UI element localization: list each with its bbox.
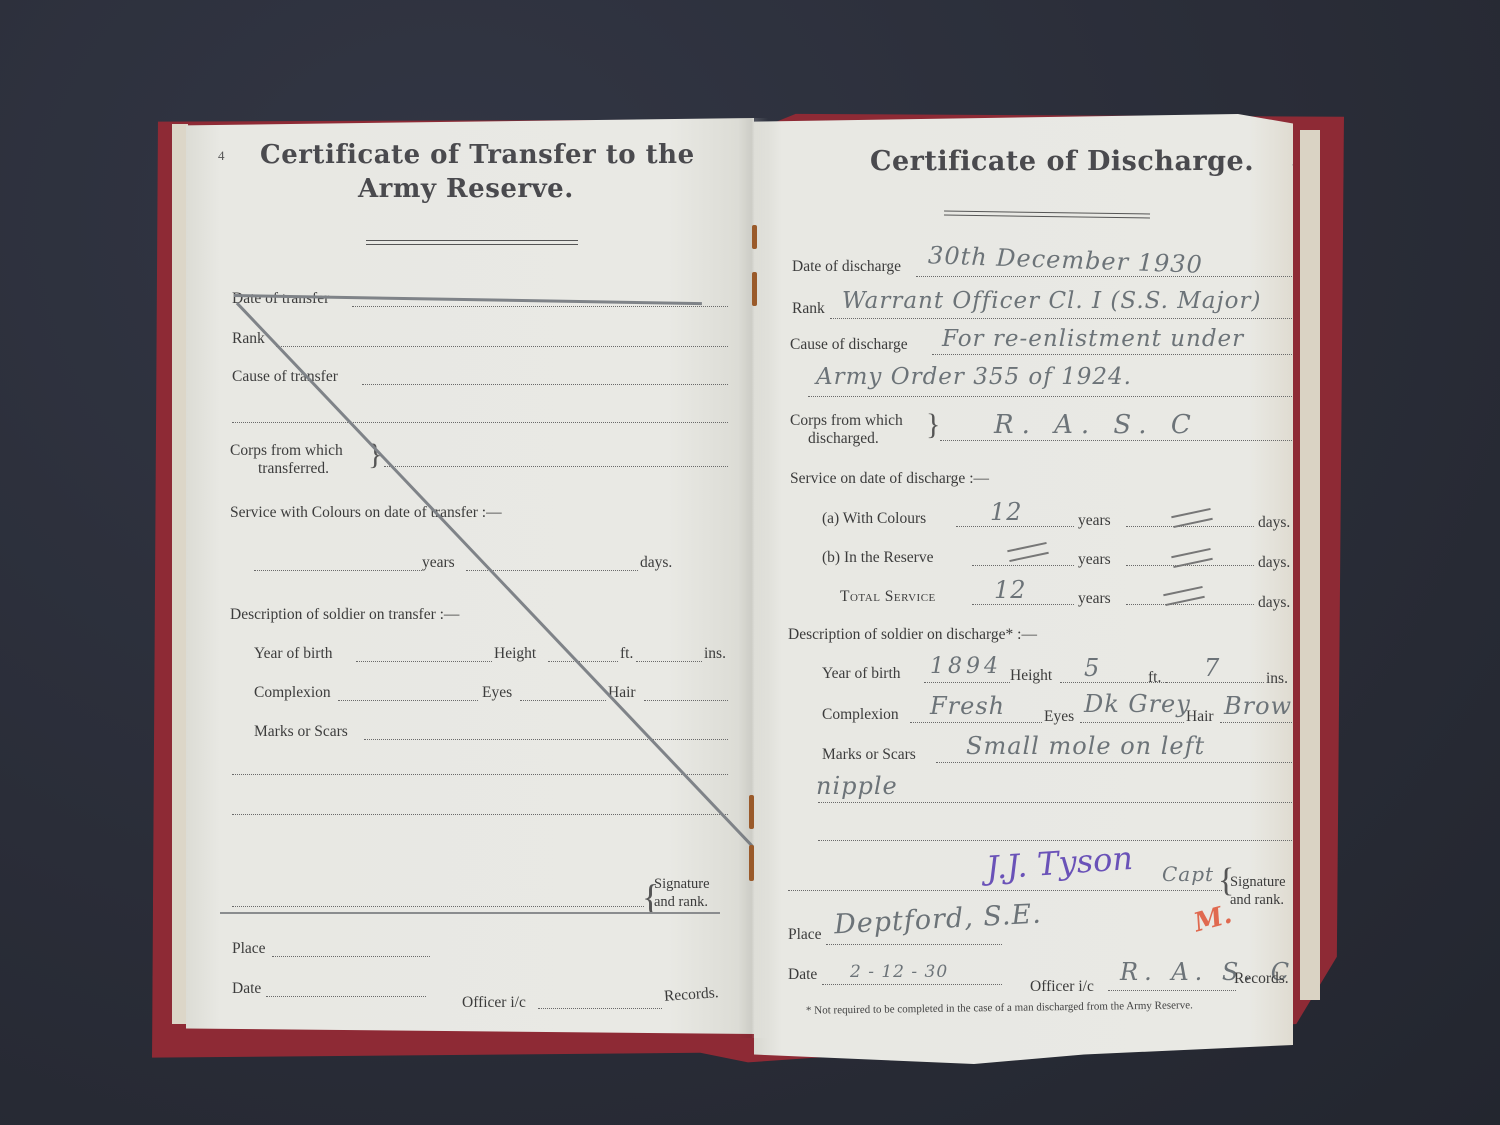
- field-rank[interactable]: [830, 318, 1292, 319]
- label-officer-ic: Officer i/c: [462, 994, 526, 1012]
- red-crayon-mark: M.: [1191, 900, 1235, 939]
- field-marks-line2[interactable]: [818, 802, 1298, 803]
- label-height: Height: [494, 645, 536, 663]
- label-signature: Signature: [654, 876, 710, 893]
- label-with-colours: (a) With Colours: [822, 510, 926, 528]
- field-complexion[interactable]: [338, 700, 478, 701]
- field-reserve-days[interactable]: [1126, 565, 1254, 566]
- label-days: days.: [1258, 594, 1290, 612]
- field-officer-ic[interactable]: [538, 1008, 662, 1009]
- description-heading: Description of soldier on transfer :—: [230, 606, 459, 624]
- label-corps-line1: Corps from which: [230, 442, 343, 460]
- label-rank: Rank: [232, 330, 265, 348]
- label-place: Place: [788, 926, 822, 944]
- label-officer-ic: Officer i/c: [1030, 978, 1094, 996]
- label-date: Date: [788, 966, 817, 984]
- binding-stitch: [752, 272, 757, 306]
- field-place[interactable]: [826, 944, 1002, 945]
- label-years: years: [422, 554, 455, 572]
- description-heading: Description of soldier on discharge* :—: [788, 626, 1037, 644]
- label-years: years: [1078, 551, 1111, 569]
- label-records: Records.: [663, 984, 719, 1006]
- left-page-edges: [172, 124, 188, 1024]
- value-with-colours-years: 12: [990, 498, 1023, 526]
- signature: J.J. Tyson: [985, 839, 1134, 887]
- field-eyes[interactable]: [520, 700, 606, 701]
- footnote: * Not required to be completed in the ca…: [806, 999, 1193, 1016]
- field-complexion[interactable]: [910, 722, 1042, 723]
- label-height: Height: [1010, 667, 1052, 685]
- value-rank: Warrant Officer Cl. I (S.S. Major): [842, 288, 1261, 314]
- label-complexion: Complexion: [822, 706, 899, 724]
- label-days: days.: [1258, 554, 1290, 572]
- service-heading: Service with Colours on date of transfer…: [230, 504, 502, 522]
- strike-diagonal: [236, 302, 788, 884]
- field-marks-line2[interactable]: [232, 774, 728, 775]
- field-hair[interactable]: [644, 700, 728, 701]
- label-ft: ft.: [620, 645, 633, 663]
- value-cause-line1: For re-enlistment under: [942, 326, 1244, 352]
- label-ins: ins.: [704, 645, 726, 663]
- field-years[interactable]: [254, 570, 422, 571]
- label-complexion: Complexion: [254, 684, 331, 702]
- field-reserve-years[interactable]: [972, 565, 1074, 566]
- label-ins: ins.: [1266, 670, 1288, 688]
- page-title-line1: Certificate of Transfer to the: [260, 140, 695, 170]
- label-date-of-discharge: Date of discharge: [792, 258, 901, 276]
- field-height-ins[interactable]: [636, 661, 702, 662]
- field-signature[interactable]: [788, 890, 1222, 891]
- label-cause-of-transfer: Cause of transfer: [232, 368, 338, 386]
- value-date-of-discharge: 30th December 1930: [928, 241, 1204, 279]
- label-date-of-transfer: Date of transfer: [232, 290, 329, 308]
- field-date-of-transfer[interactable]: [352, 306, 728, 307]
- value-corps: R. A. S. C: [994, 410, 1199, 440]
- value-date: 2 - 12 - 30: [850, 962, 948, 982]
- field-cause-line2[interactable]: [808, 396, 1294, 397]
- title-rule: [944, 211, 1150, 219]
- page-title: Certificate of Discharge.: [870, 146, 1254, 177]
- signature-rank: Capt: [1162, 862, 1214, 886]
- page-number: 4: [218, 148, 225, 164]
- label-signature: Signature: [1230, 874, 1286, 891]
- field-date[interactable]: [266, 996, 426, 997]
- label-corps-line2: discharged.: [808, 430, 879, 448]
- right-page-edges: [1300, 130, 1320, 1000]
- label-cause-of-discharge: Cause of discharge: [790, 336, 908, 354]
- binding-stitch: [752, 225, 757, 249]
- value-year-of-birth: 1894: [930, 654, 1002, 679]
- value-place: Deptford, S.E.: [833, 899, 1042, 941]
- label-ft: ft.: [1148, 669, 1161, 687]
- page-title-line2: Army Reserve.: [358, 174, 574, 204]
- field-year-of-birth[interactable]: [356, 661, 492, 662]
- field-cause-of-discharge[interactable]: [932, 354, 1294, 355]
- value-marks-line1: Small mole on left: [966, 732, 1205, 760]
- binding-stitch: [749, 845, 754, 881]
- label-in-reserve: (b) In the Reserve: [822, 549, 933, 567]
- field-officer-ic[interactable]: [1108, 990, 1236, 991]
- field-marks-line3[interactable]: [818, 840, 1298, 841]
- label-eyes: Eyes: [482, 684, 512, 702]
- label-rank: Rank: [792, 300, 825, 318]
- field-cause-of-transfer-2[interactable]: [232, 422, 728, 423]
- label-date: Date: [232, 980, 261, 998]
- label-days: days.: [1258, 514, 1290, 532]
- label-days: days.: [640, 554, 672, 572]
- value-cause-line2: Army Order 355 of 1924.: [816, 364, 1132, 390]
- field-height-ins[interactable]: [1166, 682, 1264, 683]
- field-with-colours-days[interactable]: [1126, 526, 1254, 527]
- label-hair: Hair: [1186, 708, 1214, 726]
- field-height-ft[interactable]: [548, 661, 618, 662]
- field-year-of-birth[interactable]: [924, 682, 1010, 683]
- field-signature[interactable]: [232, 906, 644, 907]
- label-year-of-birth: Year of birth: [822, 665, 901, 683]
- field-date-of-discharge[interactable]: [916, 276, 1294, 277]
- field-corps[interactable]: [940, 440, 1294, 441]
- service-heading: Service on date of discharge :—: [790, 470, 989, 488]
- field-eyes[interactable]: [1080, 722, 1184, 723]
- divider-line: [220, 912, 720, 914]
- field-corps[interactable]: [384, 466, 728, 467]
- label-marks-or-scars: Marks or Scars: [822, 746, 916, 764]
- field-with-colours-years[interactable]: [956, 526, 1074, 527]
- nil-mark: [1007, 542, 1049, 562]
- label-years: years: [1078, 590, 1111, 608]
- field-cause-of-transfer[interactable]: [362, 384, 728, 385]
- value-eyes: Dk Grey: [1084, 690, 1191, 718]
- left-page: 4 Certificate of Transfer to the Army Re…: [186, 118, 754, 1034]
- binding-stitch: [749, 795, 754, 829]
- label-corps-line1: Corps from which: [790, 412, 903, 430]
- field-marks-line3[interactable]: [232, 814, 728, 815]
- label-and-rank: and rank.: [654, 894, 708, 911]
- field-marks-or-scars[interactable]: [936, 762, 1298, 763]
- label-total-service: Total Service: [840, 588, 936, 606]
- book-gutter: [738, 118, 768, 1038]
- field-place[interactable]: [272, 956, 430, 957]
- value-complexion: Fresh: [930, 692, 1005, 720]
- field-date[interactable]: [822, 984, 1002, 985]
- label-year-of-birth: Year of birth: [254, 645, 333, 663]
- label-marks-or-scars: Marks or Scars: [254, 723, 348, 741]
- label-corps-line2: transferred.: [258, 460, 329, 478]
- value-height-ft: 5: [1084, 654, 1100, 682]
- label-eyes: Eyes: [1044, 708, 1074, 726]
- brace: }: [926, 408, 940, 442]
- right-page: Certificate of Discharge. 5 Date of disc…: [754, 114, 1304, 1064]
- value-total-years: 12: [994, 576, 1027, 604]
- title-rule: [366, 240, 578, 245]
- field-hair[interactable]: [1220, 722, 1298, 723]
- value-marks-line2: nipple: [816, 772, 898, 800]
- label-records: Records.: [1234, 970, 1289, 988]
- label-place: Place: [232, 940, 266, 958]
- field-total-years[interactable]: [972, 604, 1074, 605]
- field-rank[interactable]: [276, 346, 728, 347]
- field-marks-or-scars[interactable]: [364, 739, 728, 740]
- field-total-days[interactable]: [1126, 604, 1254, 605]
- label-years: years: [1078, 512, 1111, 530]
- label-and-rank: and rank.: [1230, 892, 1284, 909]
- value-height-ins: 7: [1204, 654, 1220, 682]
